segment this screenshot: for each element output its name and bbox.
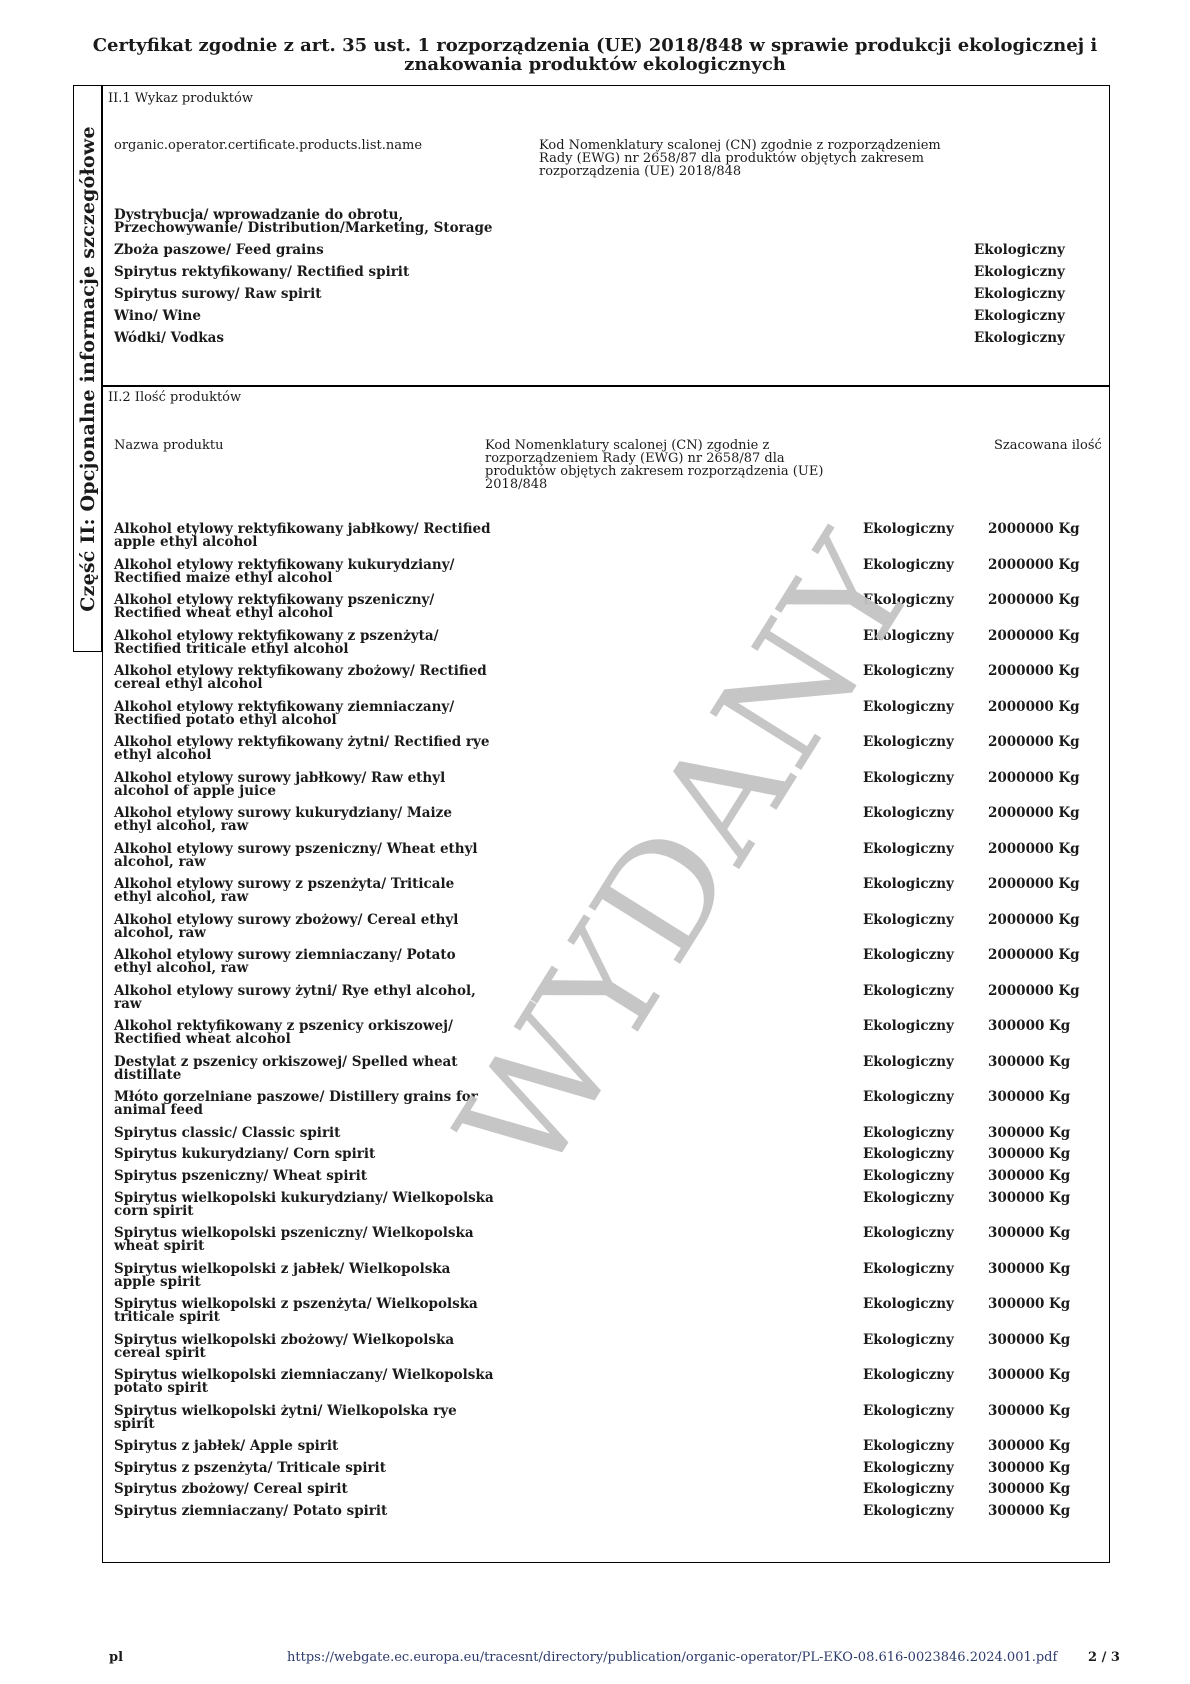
quantity-table-row: Spirytus wielkopolski z jabłek/ Wielkopo… — [114, 1263, 1104, 1299]
quantity-table-row: Spirytus wielkopolski zbożowy/ Wielkopol… — [114, 1334, 1104, 1370]
product-name: Alkohol etylowy rektyfikowany zbożowy/ R… — [114, 665, 494, 691]
product-name: Alkohol etylowy rektyfikowany kukurydzia… — [114, 559, 494, 585]
product-name: Spirytus kukurydziany/ Corn spirit — [114, 1148, 494, 1161]
product-status: Ekologiczny — [863, 878, 954, 891]
product-status: Ekologiczny — [863, 1127, 954, 1140]
product-name: Alkohol etylowy surowy z pszenżyta/ Trit… — [114, 878, 494, 904]
product-status: Ekologiczny — [863, 843, 954, 856]
quantity-table-row: Alkohol rektyfikowany z pszenicy orkiszo… — [114, 1020, 1104, 1056]
product-name: Spirytus z jabłek/ Apple spirit — [114, 1440, 494, 1453]
quantity-table-row: Spirytus wielkopolski pszeniczny/ Wielko… — [114, 1227, 1104, 1263]
quantity-table-row: Alkohol etylowy surowy żytni/ Rye ethyl … — [114, 985, 1104, 1021]
part-side-label: Część II: Opcjonalne informacje szczegół… — [77, 126, 99, 611]
product-name: Alkohol rektyfikowany z pszenicy orkiszo… — [114, 1020, 494, 1046]
product-name: Spirytus wielkopolski pszeniczny/ Wielko… — [114, 1227, 494, 1253]
product-quantity: 300000 Kg — [988, 1334, 1070, 1347]
product-status: Ekologiczny — [863, 1405, 954, 1418]
product-quantity: 300000 Kg — [988, 1227, 1070, 1240]
product-name: Destylat z pszenicy orkiszowej/ Spelled … — [114, 1056, 494, 1082]
quantity-table-row: Spirytus wielkopolski żytni/ Wielkopolsk… — [114, 1405, 1104, 1441]
quantity-table-row: Alkohol etylowy surowy z pszenżyta/ Trit… — [114, 878, 1104, 914]
product-quantity: 300000 Kg — [988, 1462, 1070, 1475]
product-name: Spirytus wielkopolski zbożowy/ Wielkopol… — [114, 1334, 494, 1360]
products-list-cn-header: Kod Nomenklatury scalonej (CN) zgodnie z… — [539, 139, 949, 178]
quantity-table-row: Alkohol etylowy rektyfikowany kukurydzia… — [114, 559, 1104, 595]
product-status: Ekologiczny — [863, 772, 954, 785]
product-status: Ekologiczny — [863, 1148, 954, 1161]
product-name: Dystrybucja/ wprowadzanie do obrotu, Prz… — [114, 209, 534, 235]
product-status: Ekologiczny — [974, 244, 1065, 257]
quantity-cn-header: Kod Nomenklatury scalonej (CN) zgodnie z… — [485, 439, 830, 491]
quantity-table-row: Alkohol etylowy surowy zbożowy/ Cereal e… — [114, 914, 1104, 950]
quantity-table-row: Młóto gorzelniane paszowe/ Distillery gr… — [114, 1091, 1104, 1127]
quantity-name-header: Nazwa produktu — [114, 439, 414, 452]
quantity-amount-header: Szacowana ilość — [994, 439, 1109, 452]
product-status: Ekologiczny — [863, 1334, 954, 1347]
product-quantity: 300000 Kg — [988, 1020, 1070, 1033]
quantity-table-row: Alkohol etylowy surowy kukurydziany/ Mai… — [114, 807, 1104, 843]
product-name: Zboża paszowe/ Feed grains — [114, 244, 534, 257]
product-quantity: 2000000 Kg — [988, 701, 1080, 714]
product-name: Spirytus classic/ Classic spirit — [114, 1127, 494, 1140]
product-status: Ekologiczny — [863, 1263, 954, 1276]
quantity-table-row: Spirytus kukurydziany/ Corn spiritEkolog… — [114, 1148, 1104, 1170]
product-quantity: 300000 Kg — [988, 1056, 1070, 1069]
product-name: Spirytus pszeniczny/ Wheat spirit — [114, 1170, 494, 1183]
product-quantity: 2000000 Kg — [988, 559, 1080, 572]
section-products-list-title: II.1 Wykaz produktów — [108, 91, 253, 106]
quantity-table-row: Spirytus z jabłek/ Apple spiritEkologicz… — [114, 1440, 1104, 1462]
product-quantity: 300000 Kg — [988, 1148, 1070, 1161]
product-status: Ekologiczny — [974, 332, 1065, 345]
quantity-table-row: Spirytus wielkopolski z pszenżyta/ Wielk… — [114, 1298, 1104, 1334]
section-divider — [103, 385, 1109, 387]
product-quantity: 300000 Kg — [988, 1192, 1070, 1205]
products-list-row: Zboża paszowe/ Feed grainsEkologiczny — [114, 244, 1104, 266]
quantity-table-row: Alkohol etylowy rektyfikowany ziemniacza… — [114, 701, 1104, 737]
product-status: Ekologiczny — [863, 1440, 954, 1453]
product-name: Wino/ Wine — [114, 310, 534, 323]
product-status: Ekologiczny — [863, 1369, 954, 1382]
product-quantity: 2000000 Kg — [988, 630, 1080, 643]
quantity-table-row: Spirytus pszeniczny/ Wheat spiritEkologi… — [114, 1170, 1104, 1192]
product-name: Spirytus wielkopolski żytni/ Wielkopolsk… — [114, 1405, 494, 1431]
products-quantity-table: Alkohol etylowy rektyfikowany jabłkowy/ … — [114, 523, 1104, 1527]
product-quantity: 2000000 Kg — [988, 665, 1080, 678]
product-status: Ekologiczny — [863, 559, 954, 572]
product-name: Alkohol etylowy surowy zbożowy/ Cereal e… — [114, 914, 494, 940]
product-quantity: 300000 Kg — [988, 1127, 1070, 1140]
product-status: Ekologiczny — [863, 1192, 954, 1205]
product-name: Spirytus z pszenżyta/ Triticale spirit — [114, 1462, 494, 1475]
quantity-table-row: Alkohol etylowy rektyfikowany pszeniczny… — [114, 594, 1104, 630]
product-quantity: 2000000 Kg — [988, 843, 1080, 856]
quantity-table-row: Spirytus wielkopolski ziemniaczany/ Wiel… — [114, 1369, 1104, 1405]
page-number: 2 / 3 — [1088, 1650, 1120, 1665]
product-status: Ekologiczny — [863, 807, 954, 820]
product-name: Spirytus rektyfikowany/ Rectified spirit — [114, 266, 534, 279]
footer-language: pl — [109, 1650, 123, 1665]
product-name: Alkohol etylowy surowy ziemniaczany/ Pot… — [114, 949, 494, 975]
product-status: Ekologiczny — [863, 523, 954, 536]
product-name: Spirytus zbożowy/ Cereal spirit — [114, 1483, 494, 1496]
products-list-name-header: organic.operator.certificate.products.li… — [114, 139, 504, 152]
product-status: Ekologiczny — [863, 701, 954, 714]
product-name: Alkohol etylowy rektyfikowany żytni/ Rec… — [114, 736, 494, 762]
product-name: Spirytus wielkopolski kukurydziany/ Wiel… — [114, 1192, 494, 1218]
product-status: Ekologiczny — [863, 1091, 954, 1104]
products-list-row: Dystrybucja/ wprowadzanie do obrotu, Prz… — [114, 209, 1104, 244]
product-name: Spirytus ziemniaczany/ Potato spirit — [114, 1505, 494, 1518]
product-quantity: 2000000 Kg — [988, 772, 1080, 785]
product-status: Ekologiczny — [863, 1227, 954, 1240]
product-quantity: 300000 Kg — [988, 1405, 1070, 1418]
product-status: Ekologiczny — [974, 266, 1065, 279]
product-status: Ekologiczny — [863, 1056, 954, 1069]
part-side-label-box: Część II: Opcjonalne informacje szczegół… — [73, 85, 102, 652]
quantity-table-row: Spirytus z pszenżyta/ Triticale spiritEk… — [114, 1462, 1104, 1484]
quantity-table-row: Alkohol etylowy rektyfikowany jabłkowy/ … — [114, 523, 1104, 559]
product-status: Ekologiczny — [863, 1298, 954, 1311]
product-status: Ekologiczny — [974, 310, 1065, 323]
product-status: Ekologiczny — [863, 1170, 954, 1183]
product-quantity: 2000000 Kg — [988, 985, 1080, 998]
certificate-title: Certyfikat zgodnie z art. 35 ust. 1 rozp… — [80, 36, 1110, 74]
product-name: Spirytus surowy/ Raw spirit — [114, 288, 534, 301]
footer-document-link[interactable]: https://webgate.ec.europa.eu/tracesnt/di… — [287, 1650, 1057, 1665]
product-status: Ekologiczny — [863, 1020, 954, 1033]
product-name: Wódki/ Vodkas — [114, 332, 534, 345]
product-status: Ekologiczny — [863, 630, 954, 643]
product-quantity: 300000 Kg — [988, 1483, 1070, 1496]
quantity-table-row: Destylat z pszenicy orkiszowej/ Spelled … — [114, 1056, 1104, 1092]
details-box: II.1 Wykaz produktów organic.operator.ce… — [102, 85, 1110, 1563]
quantity-table-row: Alkohol etylowy surowy ziemniaczany/ Pot… — [114, 949, 1104, 985]
product-status: Ekologiczny — [863, 1505, 954, 1518]
quantity-table-row: Spirytus wielkopolski kukurydziany/ Wiel… — [114, 1192, 1104, 1228]
product-status: Ekologiczny — [863, 1462, 954, 1475]
product-name: Alkohol etylowy rektyfikowany pszeniczny… — [114, 594, 494, 620]
product-quantity: 300000 Kg — [988, 1298, 1070, 1311]
quantity-table-row: Spirytus zbożowy/ Cereal spiritEkologicz… — [114, 1483, 1104, 1505]
quantity-table-row: Alkohol etylowy rektyfikowany z pszenżyt… — [114, 630, 1104, 666]
product-status: Ekologiczny — [974, 288, 1065, 301]
product-quantity: 2000000 Kg — [988, 807, 1080, 820]
products-list-row: Wódki/ VodkasEkologiczny — [114, 332, 1104, 354]
product-quantity: 2000000 Kg — [988, 914, 1080, 927]
product-quantity: 2000000 Kg — [988, 523, 1080, 536]
quantity-table-row: Spirytus ziemniaczany/ Potato spiritEkol… — [114, 1505, 1104, 1527]
product-name: Alkohol etylowy surowy pszeniczny/ Wheat… — [114, 843, 494, 869]
product-quantity: 2000000 Kg — [988, 949, 1080, 962]
product-quantity: 300000 Kg — [988, 1263, 1070, 1276]
product-name: Młóto gorzelniane paszowe/ Distillery gr… — [114, 1091, 494, 1117]
product-quantity: 300000 Kg — [988, 1170, 1070, 1183]
product-status: Ekologiczny — [863, 665, 954, 678]
quantity-table-row: Alkohol etylowy rektyfikowany zbożowy/ R… — [114, 665, 1104, 701]
section-products-quantity-title: II.2 Ilość produktów — [108, 390, 241, 405]
product-name: Alkohol etylowy surowy żytni/ Rye ethyl … — [114, 985, 494, 1011]
product-status: Ekologiczny — [863, 594, 954, 607]
products-list-row: Spirytus rektyfikowany/ Rectified spirit… — [114, 266, 1104, 288]
product-quantity: 2000000 Kg — [988, 594, 1080, 607]
quantity-table-row: Alkohol etylowy surowy pszeniczny/ Wheat… — [114, 843, 1104, 879]
products-list: Dystrybucja/ wprowadzanie do obrotu, Prz… — [114, 209, 1104, 354]
quantity-table-row: Alkohol etylowy rektyfikowany żytni/ Rec… — [114, 736, 1104, 772]
product-name: Alkohol etylowy rektyfikowany ziemniacza… — [114, 701, 494, 727]
product-name: Spirytus wielkopolski z pszenżyta/ Wielk… — [114, 1298, 494, 1324]
product-name: Alkohol etylowy rektyfikowany jabłkowy/ … — [114, 523, 494, 549]
product-status: Ekologiczny — [863, 949, 954, 962]
product-status: Ekologiczny — [863, 914, 954, 927]
product-quantity: 300000 Kg — [988, 1505, 1070, 1518]
quantity-table-row: Alkohol etylowy surowy jabłkowy/ Raw eth… — [114, 772, 1104, 808]
products-list-row: Spirytus surowy/ Raw spiritEkologiczny — [114, 288, 1104, 310]
product-status: Ekologiczny — [863, 985, 954, 998]
product-name: Alkohol etylowy surowy kukurydziany/ Mai… — [114, 807, 494, 833]
products-list-row: Wino/ WineEkologiczny — [114, 310, 1104, 332]
product-status: Ekologiczny — [863, 1483, 954, 1496]
product-quantity: 300000 Kg — [988, 1369, 1070, 1382]
quantity-table-row: Spirytus classic/ Classic spiritEkologic… — [114, 1127, 1104, 1149]
product-name: Spirytus wielkopolski z jabłek/ Wielkopo… — [114, 1263, 494, 1289]
product-quantity: 300000 Kg — [988, 1440, 1070, 1453]
product-quantity: 2000000 Kg — [988, 736, 1080, 749]
product-quantity: 300000 Kg — [988, 1091, 1070, 1104]
product-name: Spirytus wielkopolski ziemniaczany/ Wiel… — [114, 1369, 494, 1395]
product-quantity: 2000000 Kg — [988, 878, 1080, 891]
product-name: Alkohol etylowy rektyfikowany z pszenżyt… — [114, 630, 494, 656]
product-name: Alkohol etylowy surowy jabłkowy/ Raw eth… — [114, 772, 494, 798]
product-status: Ekologiczny — [863, 736, 954, 749]
